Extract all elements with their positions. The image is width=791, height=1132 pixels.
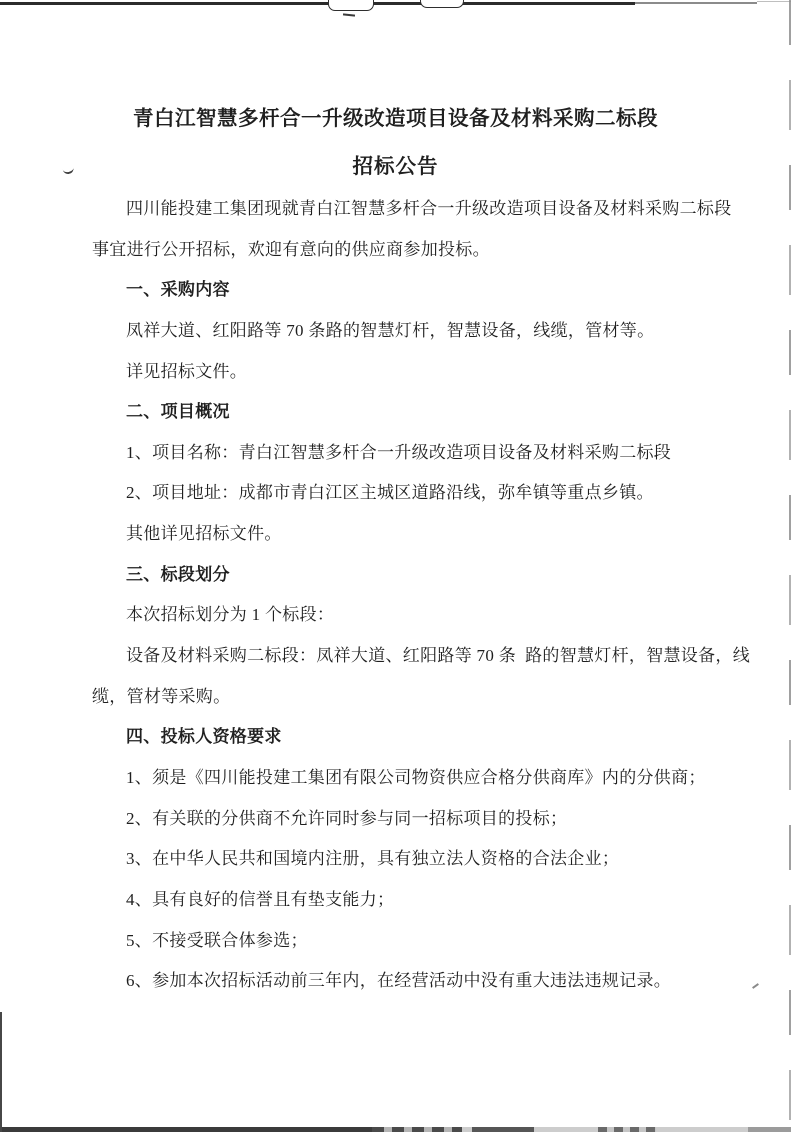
list-item: 1、项目名称：青白江智慧多杆合一升级改造项目设备及材料采购二标段 — [92, 433, 710, 474]
section-heading: 一、采购内容 — [92, 270, 710, 311]
document-body: 四川能投建工集团现就青白江智慧多杆合一升级改造项目设备及材料采购二标段 事宜进行… — [92, 189, 710, 1002]
list-item: 1、须是《四川能投建工集团有限公司物资供应合格分供商库》内的分供商； — [92, 758, 710, 799]
text-line: 本次招标划分为 1 个标段： — [92, 595, 710, 636]
list-item: 2、项目地址：成都市青白江区主城区道路沿线，弥牟镇等重点乡镇。 — [92, 473, 710, 514]
list-item: 5、不接受联合体参选； — [92, 921, 710, 962]
section-heading: 四、投标人资格要求 — [92, 717, 710, 758]
scan-artifact-tab-tick — [343, 13, 355, 16]
scan-artifact-speck — [752, 983, 759, 989]
scan-artifact-top-edge — [0, 2, 635, 5]
section-heading: 三、标段划分 — [92, 555, 710, 596]
list-item: 3、在中华人民共和国境内注册，具有独立法人资格的合法企业； — [92, 839, 710, 880]
scan-artifact-bottom-segment — [598, 1127, 656, 1132]
text-line: 凤祥大道、红阳路等 70 条路的智慧灯杆，智慧设备，线缆，管材等。 — [92, 311, 710, 352]
scan-artifact-binder-tab — [328, 0, 374, 11]
scan-artifact-bottom-segment — [0, 1127, 372, 1132]
text-line: 其他详见招标文件。 — [92, 514, 710, 555]
text-line: 缆，管材等采购。 — [92, 677, 710, 718]
scan-artifact-bottom-segment — [372, 1127, 462, 1132]
text-line: 四川能投建工集团现就青白江智慧多杆合一升级改造项目设备及材料采购二标段 — [92, 189, 710, 230]
scan-artifact-left-edge — [0, 1012, 2, 1132]
scan-artifact-bottom-segment — [748, 1127, 791, 1132]
list-item: 4、具有良好的信誉且有垫支能力； — [92, 880, 710, 921]
scan-artifact-bottom-segment — [472, 1127, 534, 1132]
scan-artifact-top-edge-faint — [757, 1, 791, 2]
list-item: 6、参加本次招标活动前三年内，在经营活动中没有重大违法违规记录。 — [92, 961, 710, 1002]
text-line: 详见招标文件。 — [92, 352, 710, 393]
text-line: 设备及材料采购二标段：凤祥大道、红阳路等 70 条 路的智慧灯杆，智慧设备，线 — [92, 636, 710, 677]
section-heading: 二、项目概况 — [92, 392, 710, 433]
document-title: 青白江智慧多杆合一升级改造项目设备及材料采购二标段 — [0, 95, 791, 144]
scanned-document-page: { "colors": { "background": "#ffffff", "… — [0, 0, 791, 1132]
text-line: 事宜进行公开招标，欢迎有意向的供应商参加投标。 — [92, 230, 710, 271]
document-header: 青白江智慧多杆合一升级改造项目设备及材料采购二标段 招标公告 — [0, 95, 791, 191]
scan-artifact-binder-tab — [420, 0, 464, 8]
list-item: 2、有关联的分供商不允许同时参与同一招标项目的投标； — [92, 799, 710, 840]
scan-artifact-top-edge-mid — [635, 2, 757, 4]
document-subtitle: 招标公告 — [0, 144, 791, 191]
